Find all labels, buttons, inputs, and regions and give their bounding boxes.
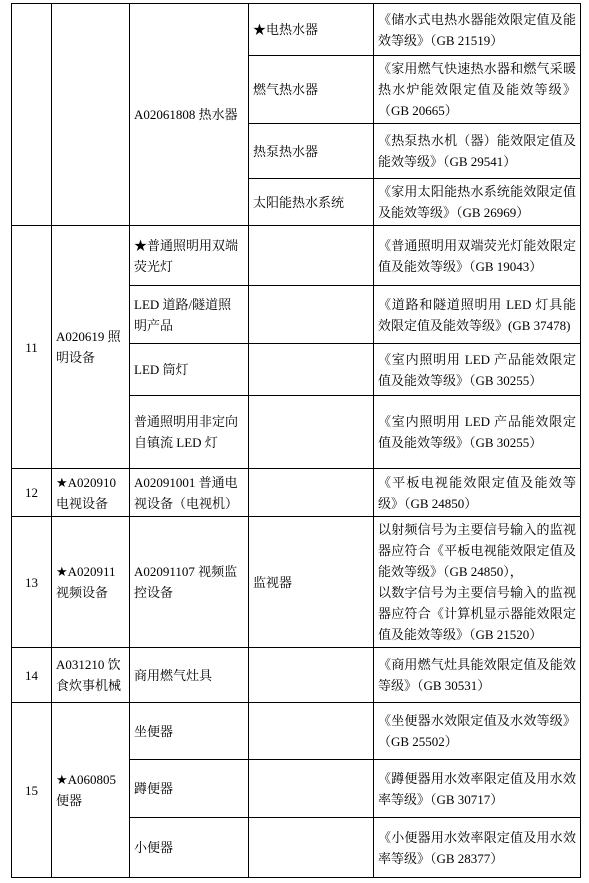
subcode-cell: A02091001 普通电视设备（电视机） <box>130 469 249 517</box>
category-cell: ★A020911 视频设备 <box>52 517 130 648</box>
product-cell: 坐便器 <box>130 703 249 760</box>
row-no-cell: 13 <box>12 517 52 648</box>
empty-cell <box>249 286 374 344</box>
product-cell: 燃气热水器 <box>249 56 374 124</box>
empty-cell <box>249 396 374 469</box>
energy-efficiency-standards-table: A02061808 热水器 ★电热水器 《储水式电热水器能效限定值及能效等级》（… <box>11 3 581 878</box>
standard-cell: 《家用太阳能热水系统能效限定值及能效等级》（GB 26969） <box>374 179 581 226</box>
subcode-cell: A02091107 视频监控设备 <box>130 517 249 648</box>
product-cell: LED 道路/隧道照明产品 <box>130 286 249 344</box>
product-cell: 热泵热水器 <box>249 124 374 179</box>
table-row: 11 A020619 照明设备 ★普通照明用双端荧光灯 《普通照明用双端荧光灯能… <box>12 226 581 286</box>
empty-cell <box>249 818 374 878</box>
subcode-cell: A02061808 热水器 <box>130 4 249 226</box>
standard-cell: 《室内照明用 LED 产品能效限定值及能效等级》（GB 30255） <box>374 396 581 469</box>
table-row: 12 ★A020910 电视设备 A02091001 普通电视设备（电视机） 《… <box>12 469 581 517</box>
table-row: 13 ★A020911 视频设备 A02091107 视频监控设备 监视器 以射… <box>12 517 581 648</box>
standard-cell: 《储水式电热水器能效限定值及能效等级》（GB 21519） <box>374 4 581 56</box>
product-cell: 太阳能热水系统 <box>249 179 374 226</box>
product-cell: 蹲便器 <box>130 760 249 818</box>
standard-cell: 以射频信号为主要信号输入的监视器应符合《平板电视能效限定值及能效等级》（GB 2… <box>374 517 581 648</box>
product-cell: ★电热水器 <box>249 4 374 56</box>
standard-cell: 《平板电视能效限定值及能效等级》（GB 24850） <box>374 469 581 517</box>
table-row: A02061808 热水器 ★电热水器 《储水式电热水器能效限定值及能效等级》（… <box>12 4 581 56</box>
category-cell: ★A020910 电视设备 <box>52 469 130 517</box>
row-no-cell: 14 <box>12 648 52 703</box>
row-no-cell <box>12 4 52 226</box>
category-cell <box>52 4 130 226</box>
row-no-cell: 12 <box>12 469 52 517</box>
product-cell: 普通照明用非定向自镇流 LED 灯 <box>130 396 249 469</box>
standard-cell: 《坐便器水效限定值及水效等级》（GB 25502） <box>374 703 581 760</box>
empty-cell <box>249 648 374 703</box>
category-cell: ★A060805 便器 <box>52 703 130 878</box>
standard-cell: 《热泵热水机（器）能效限定值及能效等级》（GB 29541） <box>374 124 581 179</box>
product-cell: ★普通照明用双端荧光灯 <box>130 226 249 286</box>
empty-cell <box>249 226 374 286</box>
standard-cell: 《家用燃气快速热水器和燃气采暖热水炉能效限定值及能效等级》（GB 20665） <box>374 56 581 124</box>
standard-cell: 《普通照明用双端荧光灯能效限定值及能效等级》（GB 19043） <box>374 226 581 286</box>
category-cell: A020619 照明设备 <box>52 226 130 469</box>
empty-cell <box>249 469 374 517</box>
empty-cell <box>249 703 374 760</box>
product-cell: LED 筒灯 <box>130 344 249 396</box>
standard-cell: 《蹲便器用水效率限定值及用水效率等级》（GB 30717） <box>374 760 581 818</box>
standard-cell: 《小便器用水效率限定值及用水效率等级》（GB 28377） <box>374 818 581 878</box>
table-row: 14 A031210 饮食炊事机械 商用燃气灶具 《商用燃气灶具能效限定值及能效… <box>12 648 581 703</box>
row-no-cell: 11 <box>12 226 52 469</box>
standard-cell: 《商用燃气灶具能效限定值及能效等级》（GB 30531） <box>374 648 581 703</box>
row-no-cell: 15 <box>12 703 52 878</box>
table-row: 15 ★A060805 便器 坐便器 《坐便器水效限定值及水效等级》（GB 25… <box>12 703 581 760</box>
document-page: A02061808 热水器 ★电热水器 《储水式电热水器能效限定值及能效等级》（… <box>0 0 589 883</box>
standard-cell: 《室内照明用 LED 产品能效限定值及能效等级》（GB 30255） <box>374 344 581 396</box>
empty-cell <box>249 344 374 396</box>
product-cell: 小便器 <box>130 818 249 878</box>
subcode-cell: 商用燃气灶具 <box>130 648 249 703</box>
category-cell: A031210 饮食炊事机械 <box>52 648 130 703</box>
standard-cell: 《道路和隧道照明用 LED 灯具能效限定值及能效等级》(GB 37478) <box>374 286 581 344</box>
empty-cell <box>249 760 374 818</box>
product-cell: 监视器 <box>249 517 374 648</box>
